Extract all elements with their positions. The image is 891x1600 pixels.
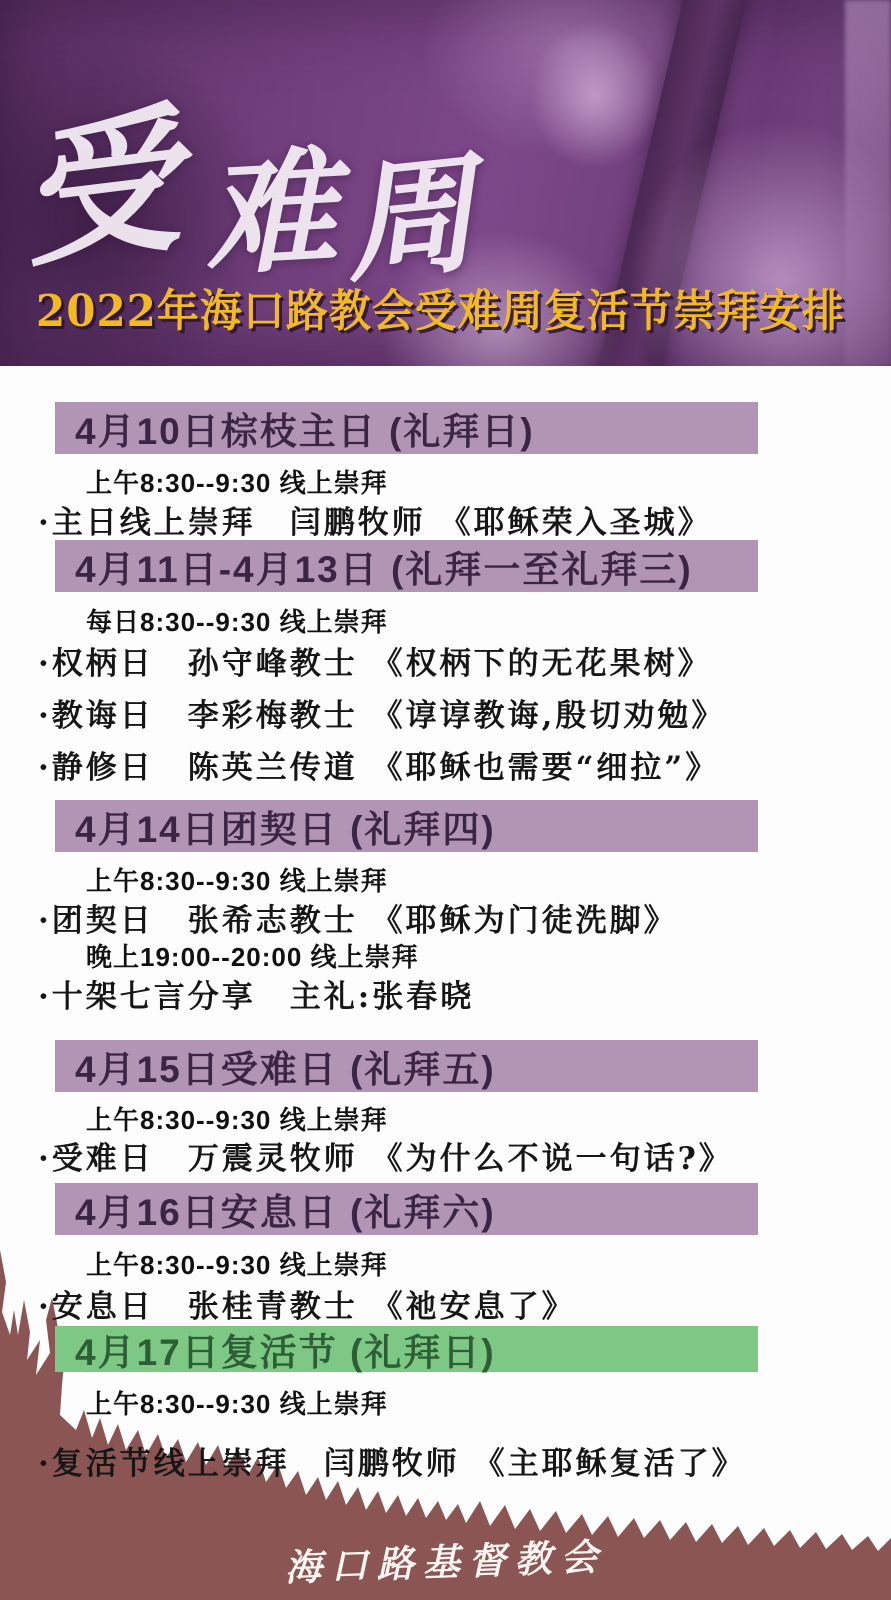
section-header-apr15-good-friday: 4月15日受难日 (礼拜五) xyxy=(55,1040,758,1092)
calligraphy-char: 难 xyxy=(201,145,340,284)
section-header-apr17-easter: 4月17日复活节 (礼拜日) xyxy=(55,1326,758,1372)
poster-title: 2022年海口路教会受难周复活节崇拜安排 xyxy=(36,277,867,340)
service-time: 上午8:30--9:30 线上崇拜 xyxy=(86,463,388,500)
service-item: ·受难日 万震灵牧师 《为什么不说一句话?》 xyxy=(38,1133,733,1178)
service-item: ·静修日 陈英兰传道 《耶稣也需要“细拉”》 xyxy=(38,742,719,787)
service-item: ·权柄日 孙守峰教士 《权柄下的无花果树》 xyxy=(38,638,712,683)
section-header-apr10-palm-sunday: 4月10日棕枝主日 (礼拜日) xyxy=(55,402,758,454)
service-time: 上午8:30--9:30 线上崇拜 xyxy=(86,861,388,898)
section-header-apr11-13: 4月11日-4月13日 (礼拜一至礼拜三) xyxy=(55,540,758,592)
service-time: 上午8:30--9:30 线上崇拜 xyxy=(86,1384,388,1421)
holy-week-poster: 受 难 周 2022年海口路教会受难周复活节崇拜安排 4月10日棕枝主日 (礼拜… xyxy=(0,0,891,1600)
section-header-apr16-sabbath: 4月16日安息日 (礼拜六) xyxy=(55,1183,758,1235)
service-item: ·安息日 张桂青教士 《祂安息了》 xyxy=(38,1281,576,1326)
banner: 受 难 周 2022年海口路教会受难周复活节崇拜安排 xyxy=(0,0,891,366)
service-time: 每日8:30--9:30 线上崇拜 xyxy=(86,602,388,639)
calligraphy-char: 周 xyxy=(338,148,481,291)
service-item: ·教诲日 李彩梅教士 《谆谆教诲,殷切劝勉》 xyxy=(38,690,725,735)
service-time: 晚上19:00--20:00 线上崇拜 xyxy=(86,937,419,974)
service-item: ·十架七言分享 主礼:张春晓 xyxy=(38,971,474,1016)
service-time: 上午8:30--9:30 线上崇拜 xyxy=(86,1100,388,1137)
service-time: 上午8:30--9:30 线上崇拜 xyxy=(86,1245,388,1282)
service-item: ·复活节线上崇拜 闫鹏牧师 《主耶稣复活了》 xyxy=(38,1438,746,1483)
service-item: ·团契日 张希志教士 《耶稣为门徒洗脚》 xyxy=(38,895,678,940)
section-header-apr14-fellowship: 4月14日团契日 (礼拜四) xyxy=(55,800,758,852)
banner-art-jesus-face xyxy=(530,20,660,170)
calligraphy-char: 受 xyxy=(11,101,187,277)
service-item: ·主日线上崇拜 闫鹏牧师 《耶稣荣入圣城》 xyxy=(38,497,712,542)
